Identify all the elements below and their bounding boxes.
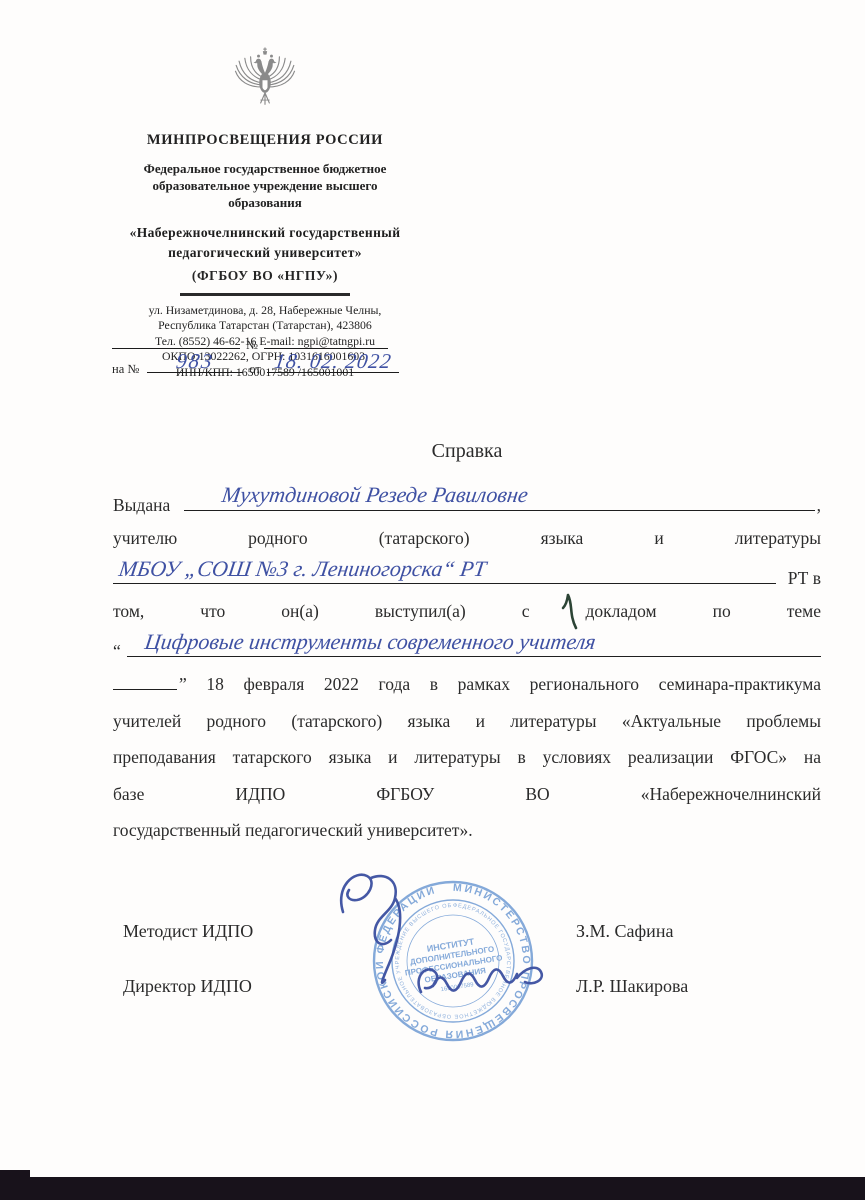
from-label: от bbox=[249, 362, 261, 377]
signature-stroke-shakirova bbox=[419, 968, 542, 992]
topic-continuation-blank bbox=[113, 671, 177, 690]
on-number-label: на № bbox=[112, 362, 139, 377]
coat-of-arms-emblem bbox=[229, 38, 301, 116]
university-name-line: педагогический университет» bbox=[80, 243, 450, 263]
school-handwritten: МБОУ „СОШ №3 г. Лениногорска“ РТ bbox=[116, 551, 488, 588]
topic-handwritten: Цифровые инструменты современного учител… bbox=[142, 624, 598, 661]
incoming-number-handwritten: 983 bbox=[146, 349, 246, 374]
org-type-line: Федеральное государственное бюджетное bbox=[80, 161, 450, 178]
line6-text: ” 18 февраля 2022 года в рамках регионал… bbox=[179, 674, 821, 694]
signature-name-shakirova: Л.Р. Шакирова bbox=[576, 976, 688, 997]
incoming-number-row: на № 983 от 18. 02. 2022 bbox=[112, 362, 414, 386]
university-name: «Набережночелнинский государственный пед… bbox=[80, 223, 450, 264]
reference-block: № на № 983 от 18. 02. 2022 bbox=[112, 338, 414, 386]
signature-name-safina: З.М. Сафина bbox=[576, 921, 673, 942]
signature-role-methodist: Методист ИДПО bbox=[123, 921, 253, 942]
signature-role-director: Директор ИДПО bbox=[123, 976, 252, 997]
opening-quote: “ bbox=[113, 633, 121, 670]
document-body: Выдана Мухутдиновой Резеде Равиловне , у… bbox=[113, 483, 821, 849]
incoming-number-blank: 983 bbox=[147, 372, 243, 373]
body-line-7: учителей родного (татарского) языка и ли… bbox=[113, 703, 821, 740]
org-type-line: образования bbox=[80, 195, 450, 212]
topic-blank: Цифровые инструменты современного учител… bbox=[127, 629, 821, 657]
recipient-blank: Мухутдиновой Резеде Равиловне bbox=[184, 483, 814, 511]
school-blank: МБОУ „СОШ №3 г. Лениногорска“ РТ bbox=[113, 556, 776, 584]
university-name-line: «Набережночелнинский государственный bbox=[80, 223, 450, 243]
ministry-name: МИНПРОСВЕЩЕНИЯ РОССИИ bbox=[80, 132, 450, 149]
letterhead-divider bbox=[180, 293, 350, 295]
scan-border-bottom bbox=[0, 1177, 865, 1200]
issued-label: Выдана bbox=[113, 487, 170, 524]
body-line-6: ” 18 февраля 2022 года в рамках регионал… bbox=[113, 666, 821, 703]
address-line: Республика Татарстан (Татарстан), 423806 bbox=[80, 318, 450, 334]
date-blank: 18. 02. 2022 bbox=[267, 372, 399, 373]
letterhead: МИНПРОСВЕЩЕНИЯ РОССИИ Федеральное госуда… bbox=[80, 38, 450, 380]
document-title: Справка bbox=[112, 440, 822, 463]
body-line-issued: Выдана Мухутдиновой Резеде Равиловне , bbox=[113, 483, 821, 520]
org-type: Федеральное государственное бюджетное об… bbox=[80, 161, 450, 212]
date-handwritten: 18. 02. 2022 bbox=[265, 349, 401, 374]
body-line-8: преподавания татарского языка и литерату… bbox=[113, 739, 821, 776]
address-line: ул. Низаметдинова, д. 28, Набережные Чел… bbox=[80, 303, 450, 319]
ink-signatures bbox=[325, 860, 590, 1045]
body-line-topic: “ Цифровые инструменты современного учит… bbox=[113, 629, 821, 666]
recipient-handwritten: Мухутдиновой Резеде Равиловне bbox=[220, 477, 531, 514]
line3-tail: РТ в bbox=[788, 560, 821, 597]
comma: , bbox=[817, 487, 821, 524]
scanned-certificate-page: МИНПРОСВЕЩЕНИЯ РОССИИ Федеральное госуда… bbox=[0, 0, 865, 1200]
body-line-school: МБОУ „СОШ №3 г. Лениногорска“ РТ РТ в bbox=[113, 556, 821, 593]
org-type-line: образовательное учреждение высшего bbox=[80, 178, 450, 195]
university-abbreviation: (ФГБОУ ВО «НГПУ») bbox=[80, 268, 450, 284]
body-line-9: базе ИДПО ФГБОУ ВО «Набережночелнинский bbox=[113, 776, 821, 813]
number-label: № bbox=[246, 338, 258, 353]
signature-stroke-safina bbox=[341, 875, 400, 983]
body-line-10: государственный педагогический университ… bbox=[113, 812, 821, 849]
